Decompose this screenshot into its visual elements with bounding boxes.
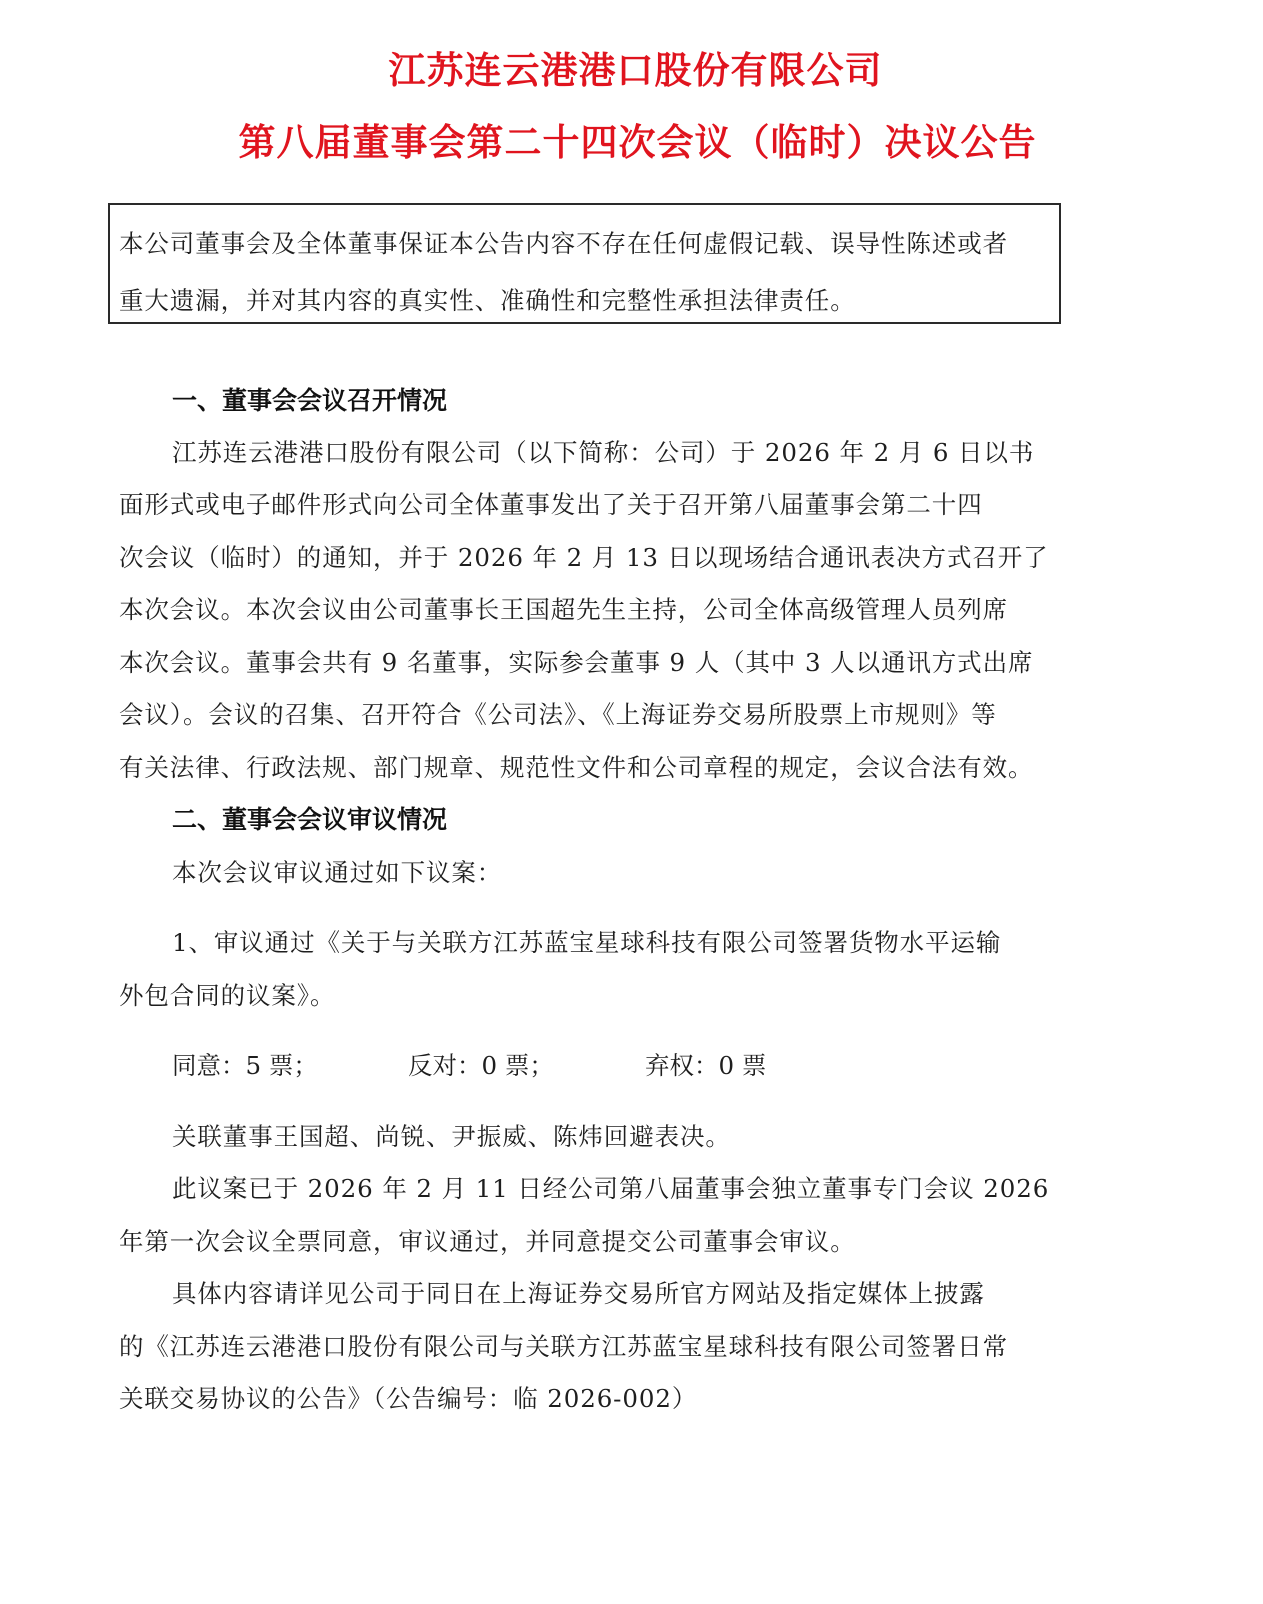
section1-paragraph-line: 有关法律、行政法规、部门规章、规范性文件和公司章程的规定，会议合法有效。 <box>119 753 1033 783</box>
section2-heading: 二、董事会会议审议情况 <box>172 805 447 835</box>
proposal-title-line: 1、审议通过《关于与关联方江苏蓝宝星球科技有限公司签署货物水平运输 <box>172 928 1001 958</box>
section1-paragraph-line: 次会议（临时）的通知，并于 2026 年 2 月 13 日以现场结合通讯表决方式… <box>119 543 1049 573</box>
section2-intro: 本次会议审议通过如下议案： <box>172 858 502 888</box>
section1-paragraph-line: 江苏连云港港口股份有限公司（以下简称：公司）于 2026 年 2 月 6 日以书 <box>172 438 1034 468</box>
prior-review-line: 此议案已于 2026 年 2 月 11 日经公司第八届董事会独立董事专门会议 2… <box>172 1174 1049 1204</box>
section1-paragraph-line: 本次会议。董事会共有 9 名董事，实际参会董事 9 人（其中 3 人以通讯方式出… <box>119 648 1033 678</box>
reference-line: 的《江苏连云港港口股份有限公司与关联方江苏蓝宝星球科技有限公司签署日常 <box>119 1332 1008 1362</box>
company-name-title: 江苏连云港港口股份有限公司 <box>4 40 1263 94</box>
recusal-statement: 关联董事王国超、尚锐、尹振威、陈炜回避表决。 <box>172 1122 731 1152</box>
prior-review-line: 年第一次会议全票同意，审议通过，并同意提交公司董事会审议。 <box>119 1227 856 1257</box>
section1-paragraph-line: 会议）。会议的召集、召开符合《公司法》、《上海证券交易所股票上市规则》等 <box>119 700 997 730</box>
disclaimer-line: 本公司董事会及全体董事保证本公告内容不存在任何虚假记载、误导性陈述或者 <box>119 229 1008 259</box>
section1-paragraph-line: 面形式或电子邮件形式向公司全体董事发出了关于召开第八届董事会第二十四 <box>119 490 983 520</box>
disclaimer-line: 重大遗漏，并对其内容的真实性、准确性和完整性承担法律责任。 <box>119 286 856 316</box>
vote-abstain: 弃权：0 票 <box>645 1051 766 1081</box>
vote-oppose: 反对：0 票； <box>408 1051 554 1081</box>
section1-paragraph-line: 本次会议。本次会议由公司董事长王国超先生主持，公司全体高级管理人员列席 <box>119 595 1008 625</box>
proposal-title-line: 外包合同的议案》。 <box>119 981 335 1011</box>
section1-heading: 一、董事会会议召开情况 <box>172 386 447 416</box>
vote-agree: 同意：5 票； <box>172 1051 318 1081</box>
reference-line: 具体内容请详见公司于同日在上海证券交易所官方网站及指定媒体上披露 <box>172 1279 985 1309</box>
announcement-title: 第八届董事会第二十四次会议（临时）决议公告 <box>6 112 1263 166</box>
reference-line: 关联交易协议的公告》（公告编号：临 2026-002） <box>119 1384 697 1414</box>
